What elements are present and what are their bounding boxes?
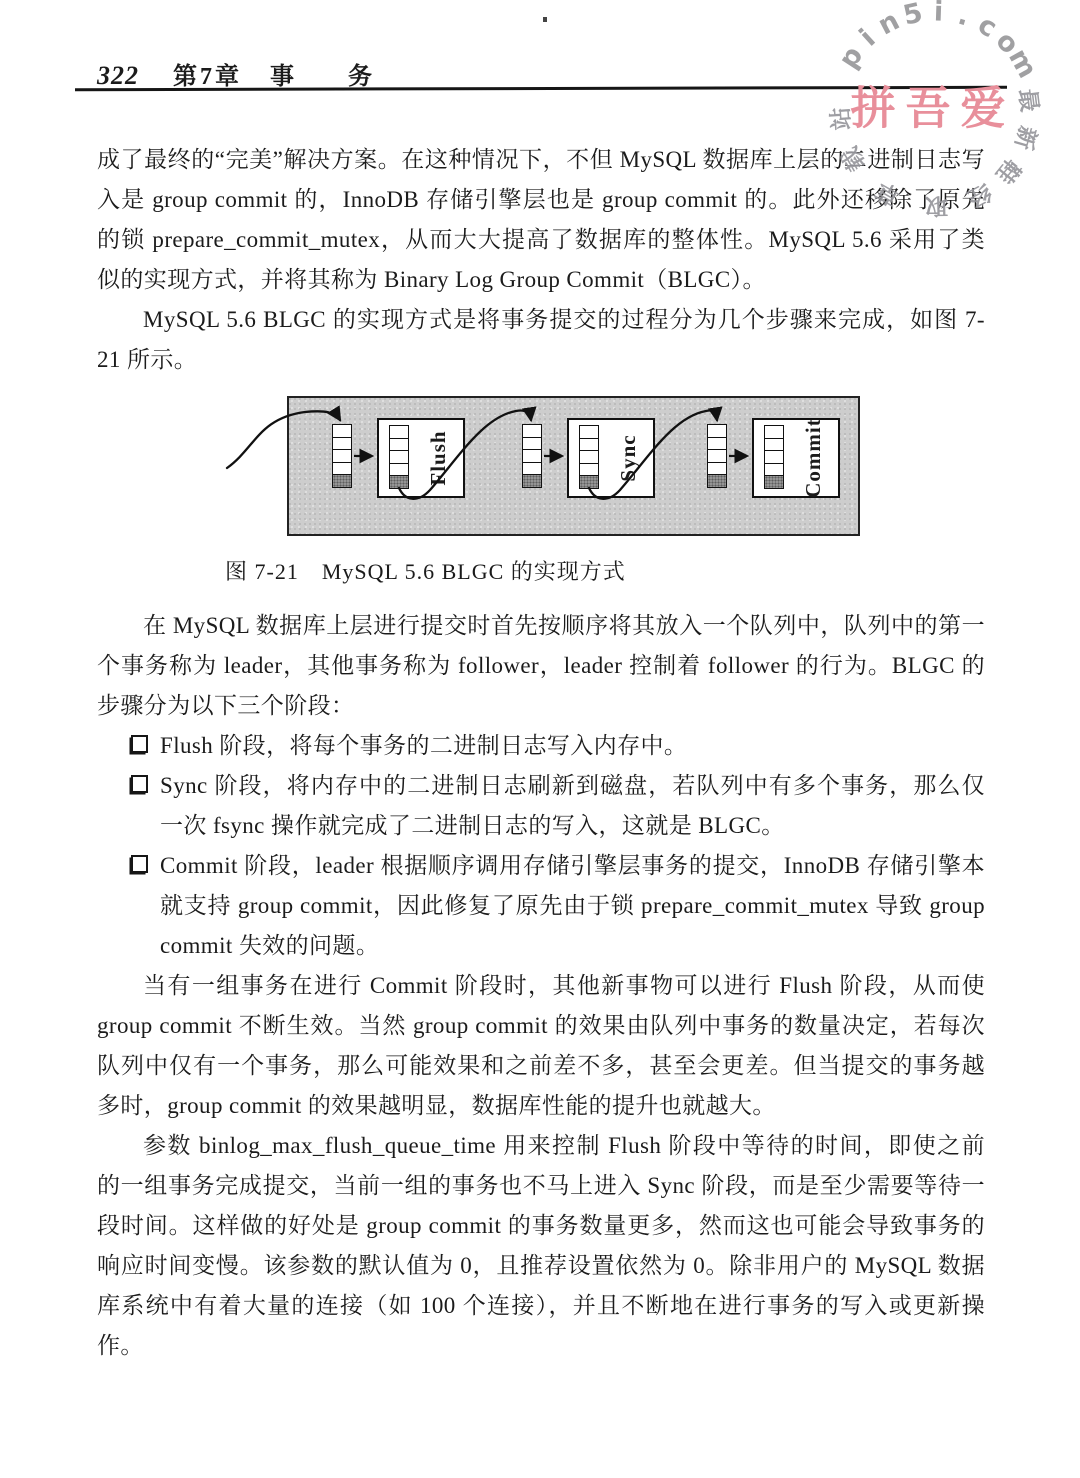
watermark-arc-letter: o: [990, 25, 1025, 60]
transaction-queue-3: [707, 424, 727, 488]
sync-stage-label: Sync: [608, 434, 648, 481]
flush-inner-queue: [389, 425, 409, 489]
scan-speck: [543, 17, 547, 22]
square-bullet-icon: [131, 775, 148, 793]
page-number: 322: [97, 61, 139, 91]
watermark-arc-letter: n: [873, 5, 904, 41]
flush-stage-label: Flush: [418, 430, 458, 485]
paragraph-3: 在 MySQL 数据库上层进行提交时首先按顺序将其放入一个队列中，队列中的第一个…: [97, 606, 985, 726]
chapter-label: 第7章: [173, 56, 242, 91]
sync-inner-queue: [579, 425, 599, 489]
watermark-arc-letter: .: [954, 0, 973, 33]
list-item-text: Flush 阶段，将每个事务的二进制日志写入内存中。: [160, 733, 687, 758]
watermark-arc-letter: i: [933, 0, 943, 28]
figure-caption: 图 7-21 MySQL 5.6 BLGC 的实现方式: [225, 552, 880, 592]
list-item-text: Commit 阶段，leader 根据顺序调用存储引擎层事务的提交，InnoDB…: [160, 853, 985, 958]
square-bullet-icon: [131, 735, 148, 753]
list-item-text: Sync 阶段，将内存中的二进制日志刷新到磁盘，若队列中有多个事务，那么仅一次 …: [160, 773, 985, 838]
paragraph-4: 当有一组事务在进行 Commit 阶段时，其他新事物可以进行 Flush 阶段，…: [97, 966, 985, 1126]
book-page: 322 第7章 事 务 pin5i.com 站载草取经鞋新最 拼吾爱 成了最终的…: [0, 0, 1080, 1478]
watermark-arc-letter: p: [833, 41, 870, 74]
watermark-ring-char: 最: [1013, 87, 1049, 114]
stage-box-sync: Sync: [567, 418, 655, 498]
paragraph-1: 成了最终的“完美”解决方案。在这种情况下，不但 MySQL 数据库上层的二进制日…: [97, 140, 985, 300]
transaction-queue-2: [522, 424, 542, 488]
commit-inner-queue: [764, 425, 784, 489]
chapter-title: 事 务: [270, 56, 374, 91]
watermark-ring-char: 站: [822, 106, 857, 131]
transaction-queue-1: [332, 424, 352, 488]
watermark-arc-letter: m: [1002, 44, 1043, 84]
paragraph-2: MySQL 5.6 BLGC 的实现方式是将事务提交的过程分为几个步骤来完成，如…: [97, 300, 985, 380]
watermark-arc-letter: i: [854, 23, 882, 52]
body-text: 成了最终的“完美”解决方案。在这种情况下，不但 MySQL 数据库上层的二进制日…: [97, 140, 985, 1366]
paragraph-5: 参数 binlog_max_flush_queue_time 用来控制 Flus…: [97, 1126, 985, 1366]
blgc-stage-list: Flush 阶段，将每个事务的二进制日志写入内存中。 Sync 阶段，将内存中的…: [97, 726, 985, 966]
list-item: Flush 阶段，将每个事务的二进制日志写入内存中。: [97, 726, 985, 766]
watermark-arc-letter: 5: [900, 0, 925, 32]
stage-box-commit: Commit: [752, 418, 840, 498]
figure-7-21: Flush Sync Commit: [225, 390, 880, 592]
watermark-arc-letter: c: [972, 9, 1002, 44]
commit-stage-label: Commit: [793, 418, 833, 497]
stage-box-flush: Flush: [377, 418, 465, 498]
figure-canvas: Flush Sync Commit: [225, 390, 880, 540]
list-item: Commit 阶段，leader 根据顺序调用存储引擎层事务的提交，InnoDB…: [97, 846, 985, 966]
watermark-ring-char: 鞋: [990, 153, 1030, 192]
list-item: Sync 阶段，将内存中的二进制日志刷新到磁盘，若队列中有多个事务，那么仅一次 …: [97, 766, 985, 846]
watermark-ring-char: 新: [1008, 123, 1046, 154]
page-header: 322 第7章 事 务: [97, 56, 374, 91]
square-bullet-icon: [131, 855, 148, 873]
watermark-center-text: 拼吾爱: [850, 72, 1015, 137]
